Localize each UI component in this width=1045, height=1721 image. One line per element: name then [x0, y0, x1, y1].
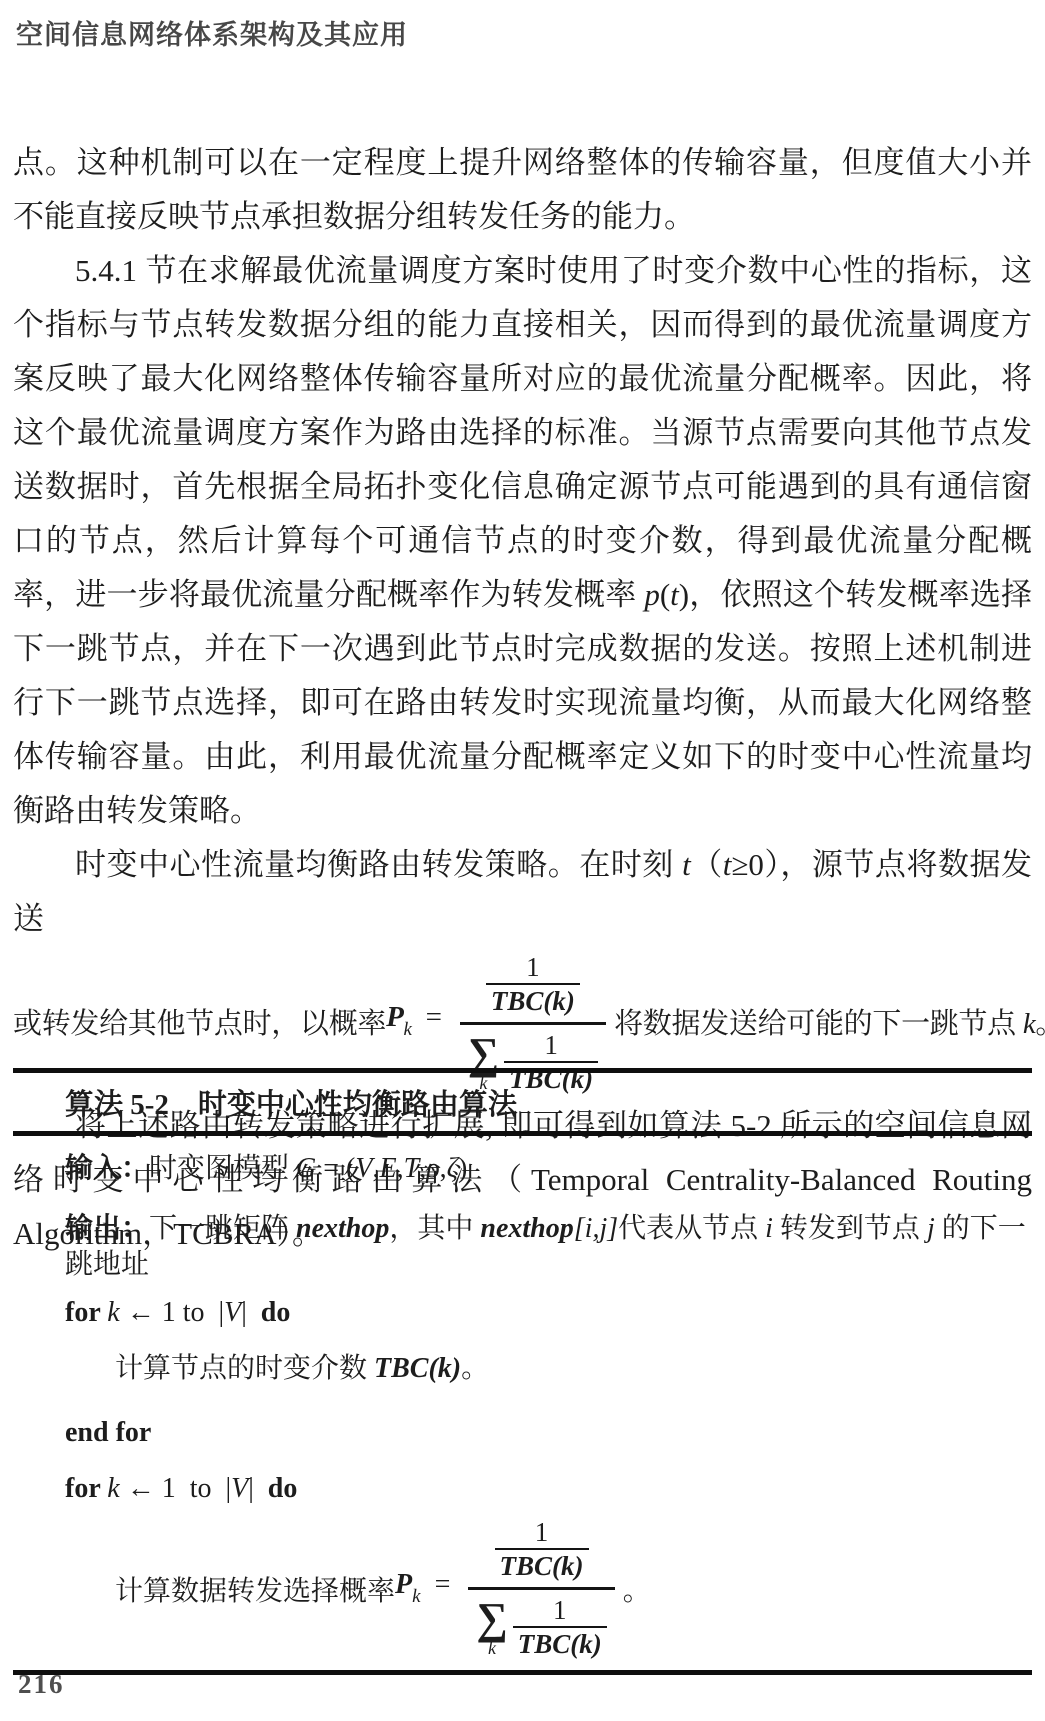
text-run: ( — [660, 577, 670, 612]
text-run: E — [380, 1153, 397, 1184]
algorithm-output-line: 输出：下一跳矩阵 nexthop，其中 nexthop[i,j]代表从节点 i … — [13, 1211, 1032, 1283]
text-run: do — [261, 1297, 291, 1328]
text-run: 输入： — [65, 1153, 149, 1184]
text-run: t — [670, 577, 679, 612]
text-run: 计算数据转发选择概率 — [115, 1576, 395, 1607]
pk-symbol: Pk = — [386, 990, 452, 1057]
running-head: 空间信息网络体系架构及其应用 — [16, 13, 408, 52]
text-run: = ( — [316, 1153, 355, 1184]
pk-symbol: Pk = — [395, 1569, 460, 1608]
text-run: 算法 5-2 — [65, 1089, 169, 1121]
text-run: 计算节点的时变介数 — [115, 1353, 374, 1384]
text-run: k — [1023, 1008, 1036, 1040]
text-run: do — [268, 1473, 298, 1504]
text-run: T — [404, 1153, 420, 1184]
text-run: V — [355, 1153, 372, 1184]
text-run: j — [927, 1213, 935, 1244]
page-number: 216 — [18, 1669, 65, 1700]
text-run: 。 — [1035, 1008, 1045, 1040]
text-run: k — [107, 1473, 119, 1504]
summation-symbol: ∑ k — [476, 1598, 507, 1657]
algorithm-rule-bottom — [13, 1670, 1032, 1675]
text-run: ρ — [426, 1153, 439, 1184]
text-run: end for — [65, 1417, 151, 1448]
text-run: 转发到节点 — [773, 1213, 927, 1244]
for-loop-line-1: for k ← 1 to |V| do — [13, 1295, 1032, 1331]
text-run: nexthop — [296, 1213, 389, 1244]
for-loop-line-2: for k ← 1 to |V| do — [13, 1471, 1032, 1507]
text-run: for — [65, 1473, 107, 1504]
text-run: 将数据发送给可能的下一跳节点 — [614, 1008, 1023, 1040]
unit-fraction: 1 TBC(k) — [495, 1517, 589, 1582]
pk-subscript: k — [412, 1586, 420, 1607]
pk-subscript: k — [404, 1019, 412, 1040]
fraction-numerator: 1 TBC(k) — [483, 1517, 601, 1587]
text-run: 5.4.1 节在求解最优流量调度方案时使用了时变介数中心性的指标，这个指标与节点… — [13, 253, 1032, 612]
text-run: 或转发给其他节点时，以概率 — [13, 1008, 386, 1040]
text-run: 时变中心性流量均衡路由转发策略。在时刻 — [75, 847, 682, 882]
text-run: ) — [458, 1153, 467, 1184]
text-run: V — [224, 1297, 241, 1328]
text-run: i — [765, 1213, 773, 1244]
text-run: | — [241, 1297, 261, 1328]
equals-sign: = — [435, 1569, 451, 1600]
book-page: 空间信息网络体系架构及其应用 点。这种机制可以在一定程度上提升网络整体的传输容量… — [0, 0, 1045, 1721]
text-run: ← 1 to | — [120, 1297, 224, 1328]
text-run: ，其中 — [389, 1213, 480, 1244]
loop-body-formula-line: 计算数据转发选择概率 Pk = 1 TBC(k) ∑ k — [13, 1517, 1032, 1660]
algorithm-input-line: 输入：时变图模型 G = (V,E,T,ρ,ζ) — [13, 1151, 1032, 1187]
end-for-line: end for — [13, 1415, 1032, 1451]
pk-letter: P — [395, 1569, 412, 1600]
text-run: for — [65, 1297, 107, 1328]
fraction-denominator: ∑ k 1 TBC(k) — [468, 1587, 614, 1660]
text-run: nexthop — [480, 1213, 573, 1244]
text-run: | — [248, 1473, 268, 1504]
text-run: k — [107, 1297, 119, 1328]
text-run: 下一跳矩阵 — [149, 1213, 296, 1244]
algorithm-rule-mid — [13, 1131, 1032, 1136]
equals-sign: = — [426, 1001, 442, 1033]
text-run: TBC(k) — [374, 1353, 461, 1384]
text-run: ，依照这个转发概率选择下一跳节点，并在下一次遇到此节点时完成数据的发送。按照上述… — [13, 577, 1032, 828]
text-run: t — [682, 847, 691, 882]
text-run: G — [296, 1153, 316, 1184]
algo-formula-post-text: 。 — [623, 1569, 651, 1609]
paragraph-3: 时变中心性流量均衡路由转发策略。在时刻 t（t≥0），源节点将数据发送 — [13, 838, 1032, 946]
algorithm-box: 算法 5-2 时变中心性均衡路由算法 输入：时变图模型 G = (V,E,T,ρ… — [13, 1068, 1032, 1675]
formula-line-pre-text: 或转发给其他节点时，以概率 — [13, 997, 386, 1051]
pk-letter: P — [386, 1001, 403, 1033]
unit-fraction: 1 TBC(k) — [486, 952, 580, 1017]
algo-formula-pre-text: 计算数据转发选择概率 — [115, 1569, 395, 1609]
formula-line-post-text: 将数据发送给可能的下一跳节点 k。 — [614, 997, 1045, 1051]
text-run: , — [397, 1153, 404, 1184]
algorithm-title: 算法 5-2 时变中心性均衡路由算法 — [13, 1073, 1032, 1131]
pk-fraction: 1 TBC(k) ∑ k 1 TBC(k) — [468, 1517, 614, 1660]
text-run: 输出： — [65, 1213, 149, 1244]
paragraph-2: 5.4.1 节在求解最优流量调度方案时使用了时变介数中心性的指标，这个指标与节点… — [13, 244, 1032, 838]
text-run: 时变中心性均衡路由算法 — [169, 1089, 517, 1121]
paragraph-1: 点。这种机制可以在一定程度上提升网络整体的传输容量，但度值大小并不能直接反映节点… — [13, 136, 1032, 244]
fraction-numerator: 1 TBC(k) — [474, 952, 592, 1022]
text-run: （ — [691, 847, 723, 882]
text-run: 代表从节点 — [618, 1213, 765, 1244]
unit-fraction: 1 TBC(k) — [513, 1595, 607, 1660]
text-run: p — [644, 577, 660, 612]
text-run: [i,j] — [574, 1213, 618, 1244]
loop-body-line-1: 计算节点的时变介数 TBC(k)。 — [13, 1351, 1032, 1387]
text-run: V — [231, 1473, 248, 1504]
text-run: , — [440, 1153, 447, 1184]
text-run: 时变图模型 — [149, 1153, 296, 1184]
text-run: 。 — [623, 1576, 651, 1607]
text-run: ζ — [447, 1153, 458, 1184]
text-run: ← 1 to | — [120, 1473, 231, 1504]
text-run: 。 — [461, 1353, 489, 1384]
text-run: 点。这种机制可以在一定程度上提升网络整体的传输容量，但度值大小并不能直接反映节点… — [13, 145, 1032, 234]
text-run: , — [373, 1153, 380, 1184]
text-run: ) — [679, 577, 689, 612]
